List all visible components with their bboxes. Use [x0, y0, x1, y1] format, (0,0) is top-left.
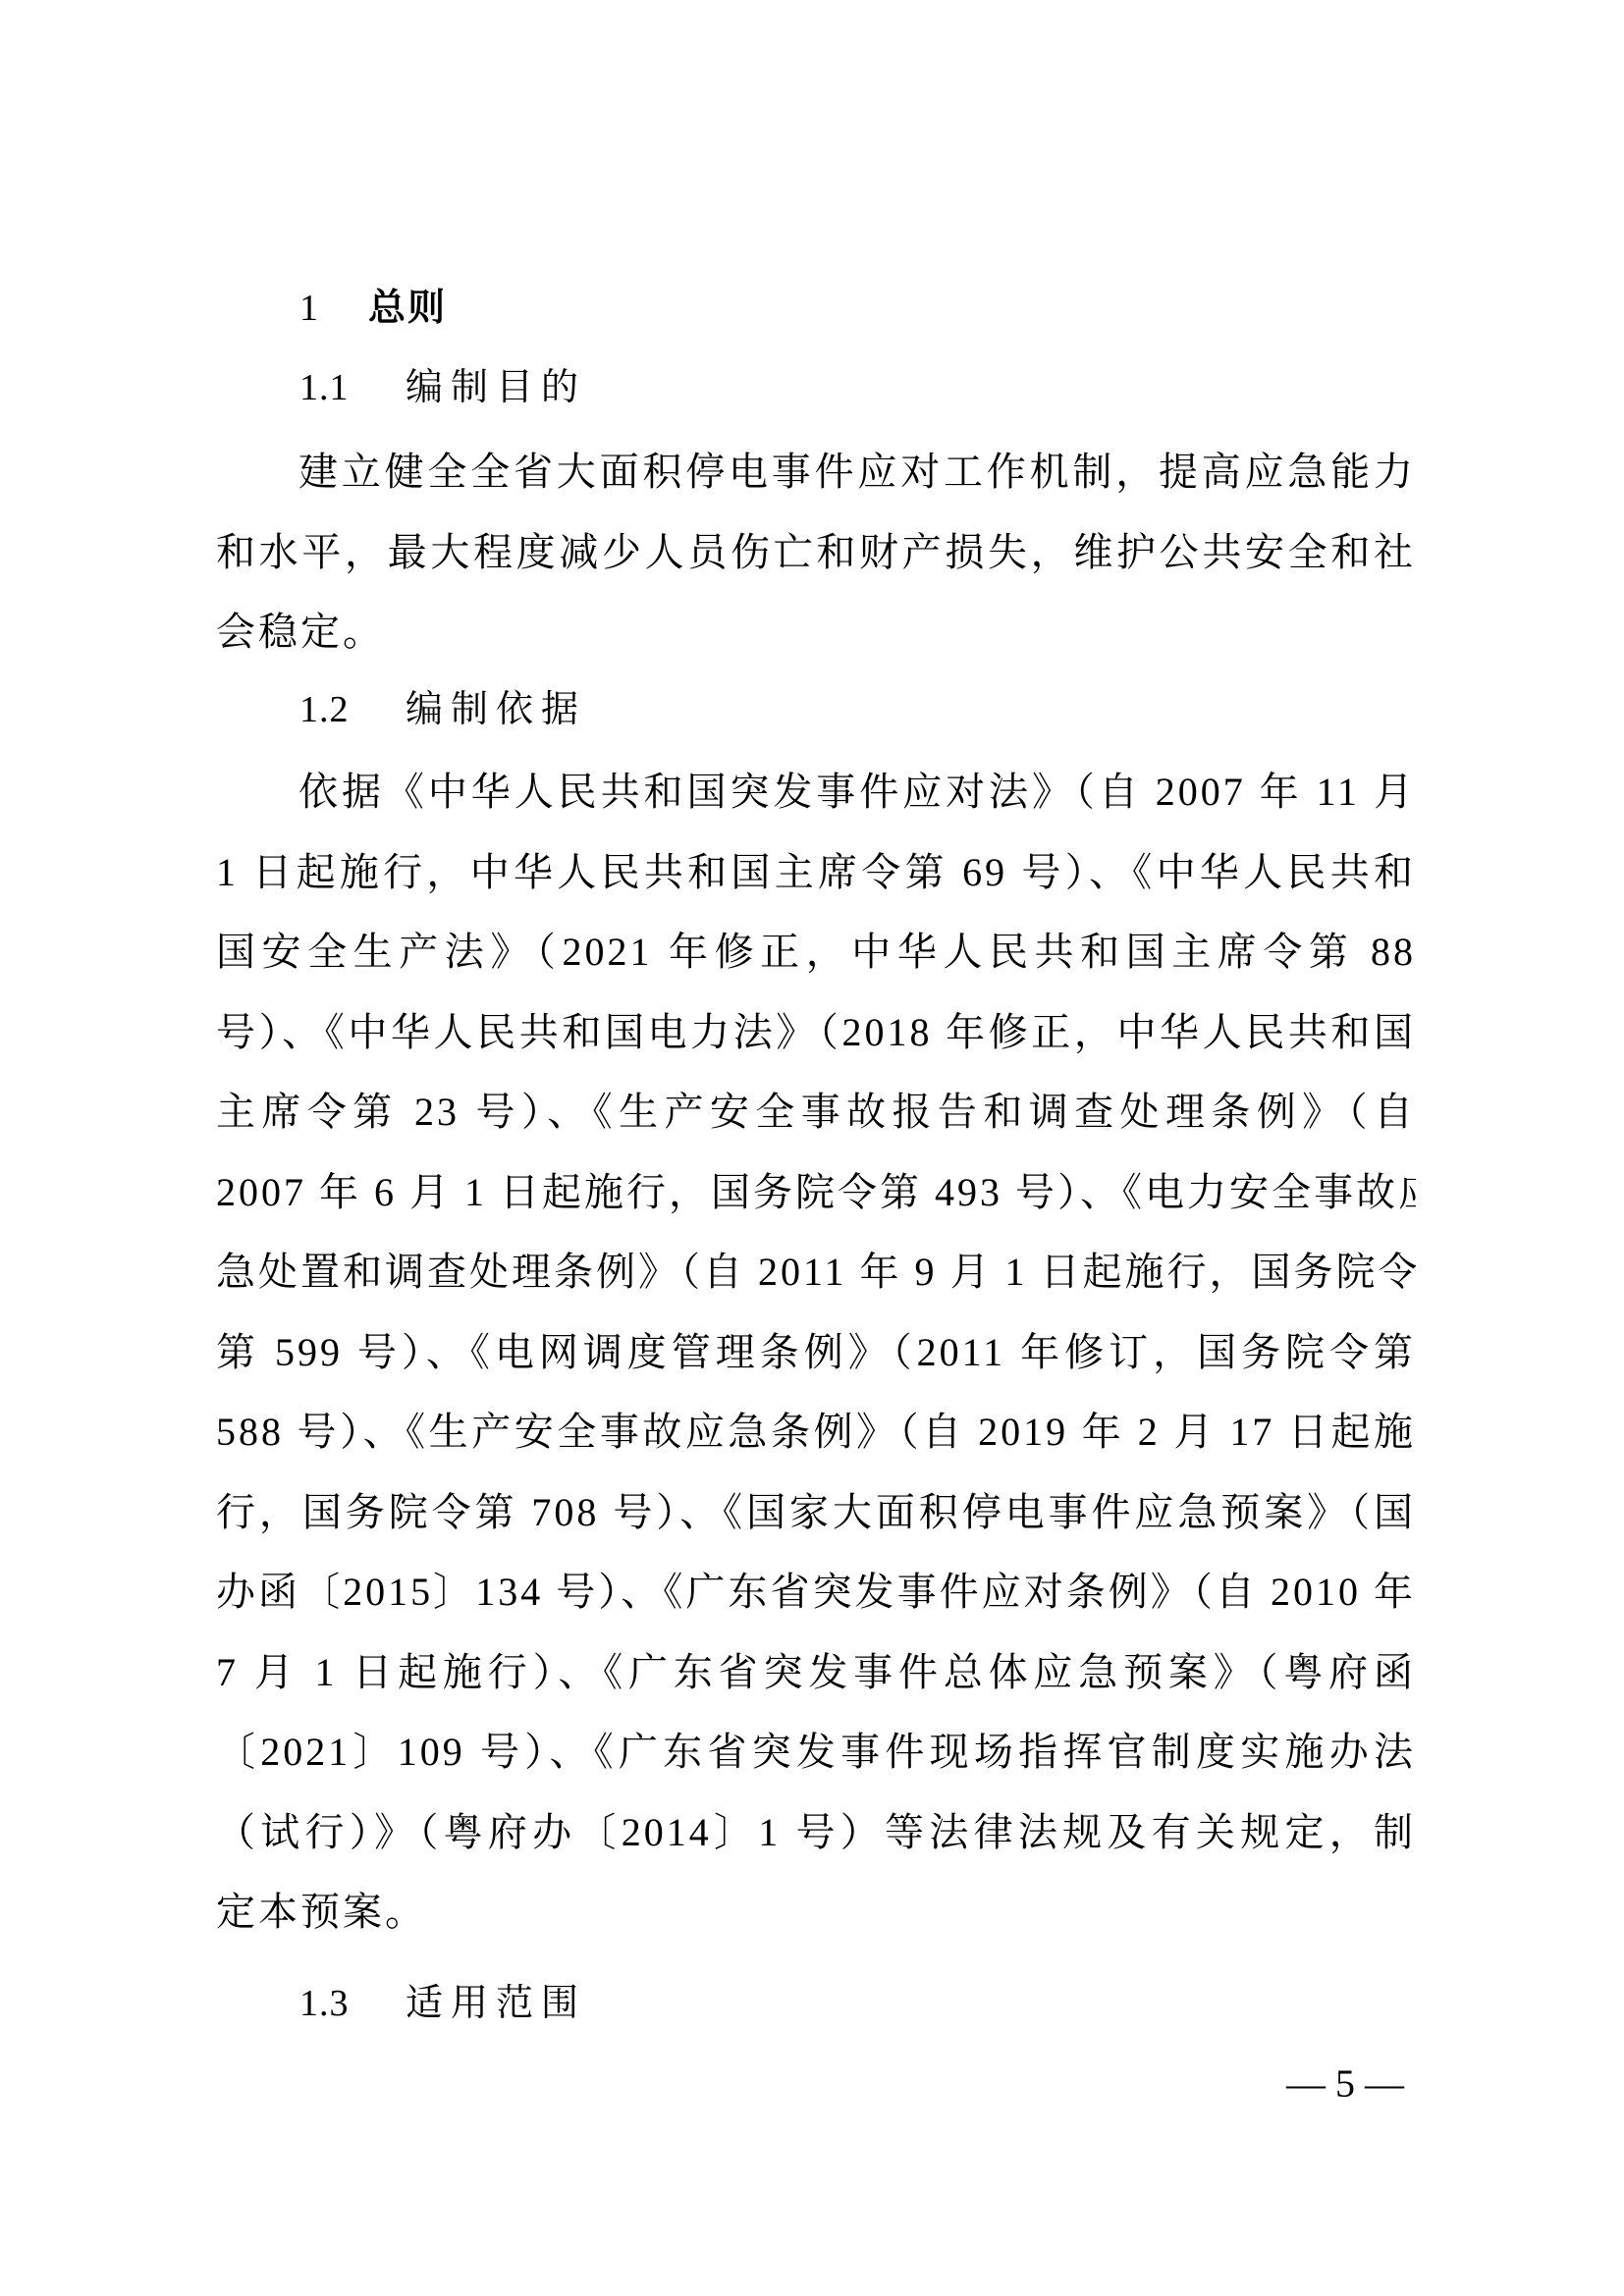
document-page: 1总则 1.1编制目的 建立健全全省大面积停电事件应对工作机制，提高应急能力 和…: [0, 0, 1624, 2296]
text-line: 建立健全全省大面积停电事件应对工作机制，提高应急能力: [216, 432, 1416, 512]
section-title: 总则: [368, 286, 447, 329]
paragraph-purpose: 建立健全全省大面积停电事件应对工作机制，提高应急能力 和水平，最大程度减少人员伤…: [216, 432, 1416, 672]
text-line: 定本预案。: [216, 1872, 1416, 1952]
text-line: 1 日起施行，中华人民共和国主席令第 69 号）、《中华人民共和: [216, 832, 1416, 913]
section-heading-general-principles: 1总则: [299, 283, 447, 333]
text-line: 7 月 1 日起施行）、《广东省突发事件总体应急预案》（粤府函: [216, 1632, 1416, 1713]
section-title: 适用范围: [406, 1983, 586, 2024]
paragraph-basis: 依据《中华人民共和国突发事件应对法》（自 2007 年 11 月 1 日起施行，…: [216, 752, 1416, 1952]
text-line: 2007 年 6 月 1 日起施行，国务院令第 493 号）、《电力安全事故应: [216, 1152, 1416, 1233]
section-heading-scope: 1.3适用范围: [299, 1979, 586, 2028]
section-number: 1: [299, 284, 368, 333]
text-line: 〔2021〕109 号）、《广东省突发事件现场指挥官制度实施办法: [216, 1712, 1416, 1792]
section-heading-purpose: 1.1编制目的: [299, 363, 586, 412]
text-line: 国安全生产法》（2021 年修正，中华人民共和国主席令第 88: [216, 912, 1416, 992]
text-line: 行，国务院令第 708 号）、《国家大面积停电事件应急预案》（国: [216, 1472, 1416, 1553]
section-number: 1.1: [299, 363, 406, 412]
text-line: 依据《中华人民共和国突发事件应对法》（自 2007 年 11 月: [216, 752, 1416, 832]
section-heading-basis: 1.2编制依据: [299, 685, 586, 734]
section-title: 编制依据: [406, 689, 586, 730]
text-line: 和水平，最大程度减少人员伤亡和财产损失，维护公共安全和社: [216, 512, 1416, 593]
text-line: 号）、《中华人民共和国电力法》（2018 年修正，中华人民共和国: [216, 992, 1416, 1073]
text-line: 588 号）、《生产安全事故应急条例》（自 2019 年 2 月 17 日起施: [216, 1392, 1416, 1472]
text-line: 主席令第 23 号）、《生产安全事故报告和调查处理条例》（自: [216, 1072, 1416, 1152]
text-line: 急处置和调查处理条例》（自 2011 年 9 月 1 日起施行，国务院令: [216, 1232, 1416, 1312]
text-line: （试行）》（粤府办〔2014〕1 号）等法律法规及有关规定，制: [216, 1792, 1416, 1873]
page-number: — 5 —: [1267, 2059, 1424, 2109]
section-title: 编制目的: [406, 367, 586, 408]
section-number: 1.2: [299, 685, 406, 734]
section-number: 1.3: [299, 1979, 406, 2028]
text-line: 办函〔2015〕134 号）、《广东省突发事件应对条例》（自 2010 年: [216, 1552, 1416, 1632]
text-line: 会稳定。: [216, 592, 1416, 672]
text-line: 第 599 号）、《电网调度管理条例》（2011 年修订，国务院令第: [216, 1312, 1416, 1393]
